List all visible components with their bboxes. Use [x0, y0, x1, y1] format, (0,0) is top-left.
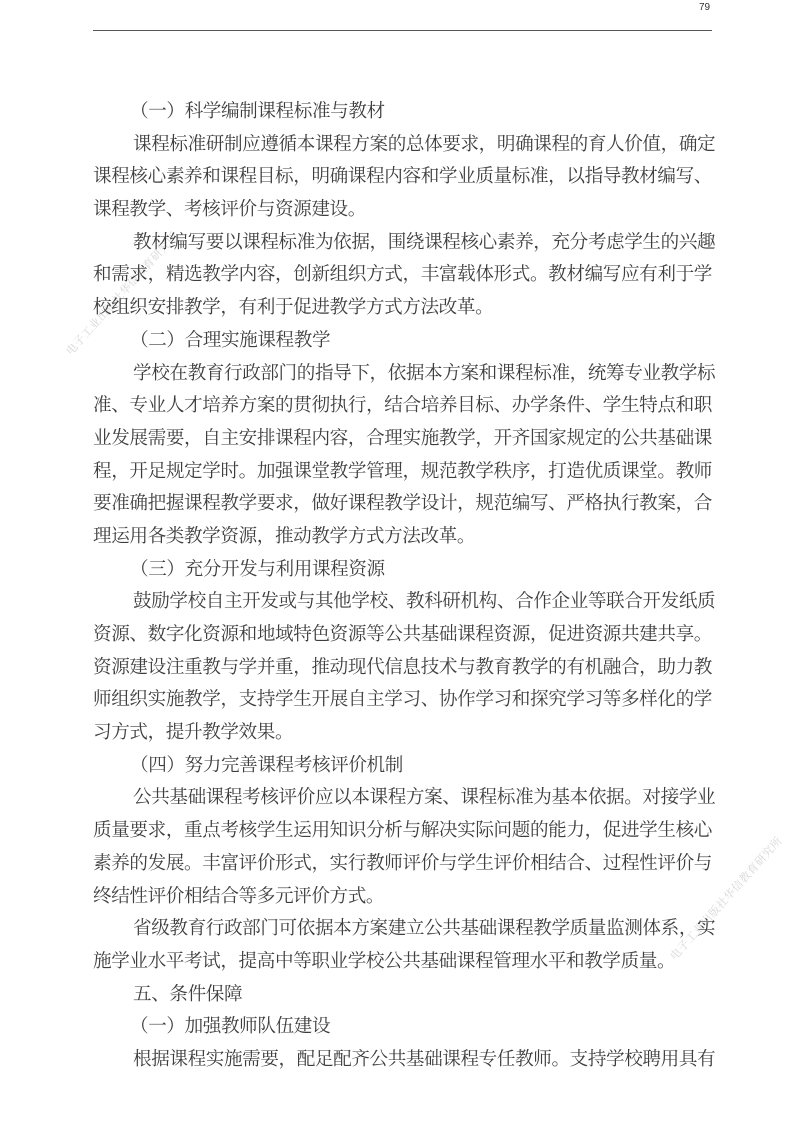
paragraph-line: 校组织安排教学，有利于促进教学方式方法改革。: [93, 292, 712, 325]
section-heading: （三）充分开发与利用课程资源: [93, 554, 712, 587]
paragraph-line: 习方式，提升教学效果。: [93, 717, 712, 750]
paragraph-line: 施学业水平考试，提高中等职业学校公共基础课程管理水平和教学质量。: [93, 946, 712, 979]
page-number: 79: [699, 2, 710, 13]
paragraph-line: 课程核心素养和课程目标，明确课程内容和学业质量标准，以指导教材编写、: [93, 161, 712, 194]
paragraph-line: 课程标准研制应遵循本课程方案的总体要求，明确课程的育人价值，确定: [93, 129, 712, 162]
paragraph-line: 要准确把握课程教学要求，做好课程教学设计，规范编写、严格执行教案，合: [93, 488, 712, 521]
paragraph-line: 资源、数字化资源和地域特色资源等公共基础课程资源，促进资源共建共享。: [93, 619, 712, 652]
header-rule: [93, 30, 712, 31]
section-heading: （一）加强教师队伍建设: [93, 1011, 712, 1044]
paragraph-line: 公共基础课程考核评价应以本课程方案、课程标准为基本依据。对接学业: [93, 782, 712, 815]
paragraph-line: 素养的发展。丰富评价形式，实行教师评价与学生评价相结合、过程性评价与: [93, 848, 712, 881]
section-heading: （一）科学编制课程标准与教材: [93, 96, 712, 129]
paragraph-line: 根据课程实施需要，配足配齐公共基础课程专任教师。支持学校聘用具有: [93, 1044, 712, 1077]
paragraph-line: 终结性评价相结合等多元评价方式。: [93, 881, 712, 914]
paragraph-line: 程，开足规定学时。加强课堂教学管理，规范教学秩序，打造优质课堂。教师: [93, 456, 712, 489]
paragraph-line: 资源建设注重教与学并重，推动现代信息技术与教育教学的有机融合，助力教: [93, 652, 712, 685]
paragraph-line: 鼓励学校自主开发或与其他学校、教科研机构、合作企业等联合开发纸质: [93, 586, 712, 619]
paragraph-line: 课程教学、考核评价与资源建设。: [93, 194, 712, 227]
section-heading: （二）合理实施课程教学: [93, 325, 712, 358]
paragraph-line: 师组织实施教学，支持学生开展自主学习、协作学习和探究学习等多样化的学: [93, 684, 712, 717]
section-heading: （四）努力完善课程考核评价机制: [93, 750, 712, 783]
paragraph-line: 准、专业人才培养方案的贯彻执行，结合培养目标、办学条件、学生特点和职: [93, 390, 712, 423]
paragraph-line: 和需求，精选教学内容，创新组织方式，丰富载体形式。教材编写应有利于学: [93, 259, 712, 292]
paragraph-line: 理运用各类教学资源，推动教学方式方法改革。: [93, 521, 712, 554]
paragraph-line: 学校在教育行政部门的指导下，依据本方案和课程标准，统筹专业教学标: [93, 358, 712, 391]
paragraph-line: 教材编写要以课程标准为依据，围绕课程核心素养，充分考虑学生的兴趣: [93, 227, 712, 260]
paragraph-line: 省级教育行政部门可依据本方案建立公共基础课程教学质量监测体系，实: [93, 913, 712, 946]
document-body: （一）科学编制课程标准与教材 课程标准研制应遵循本课程方案的总体要求，明确课程的…: [93, 96, 712, 1077]
chapter-heading: 五、条件保障: [93, 979, 712, 1012]
paragraph-line: 质量要求，重点考核学生运用知识分析与解决实际问题的能力，促进学生核心: [93, 815, 712, 848]
paragraph-line: 业发展需要，自主安排课程内容，合理实施教学，开齐国家规定的公共基础课: [93, 423, 712, 456]
